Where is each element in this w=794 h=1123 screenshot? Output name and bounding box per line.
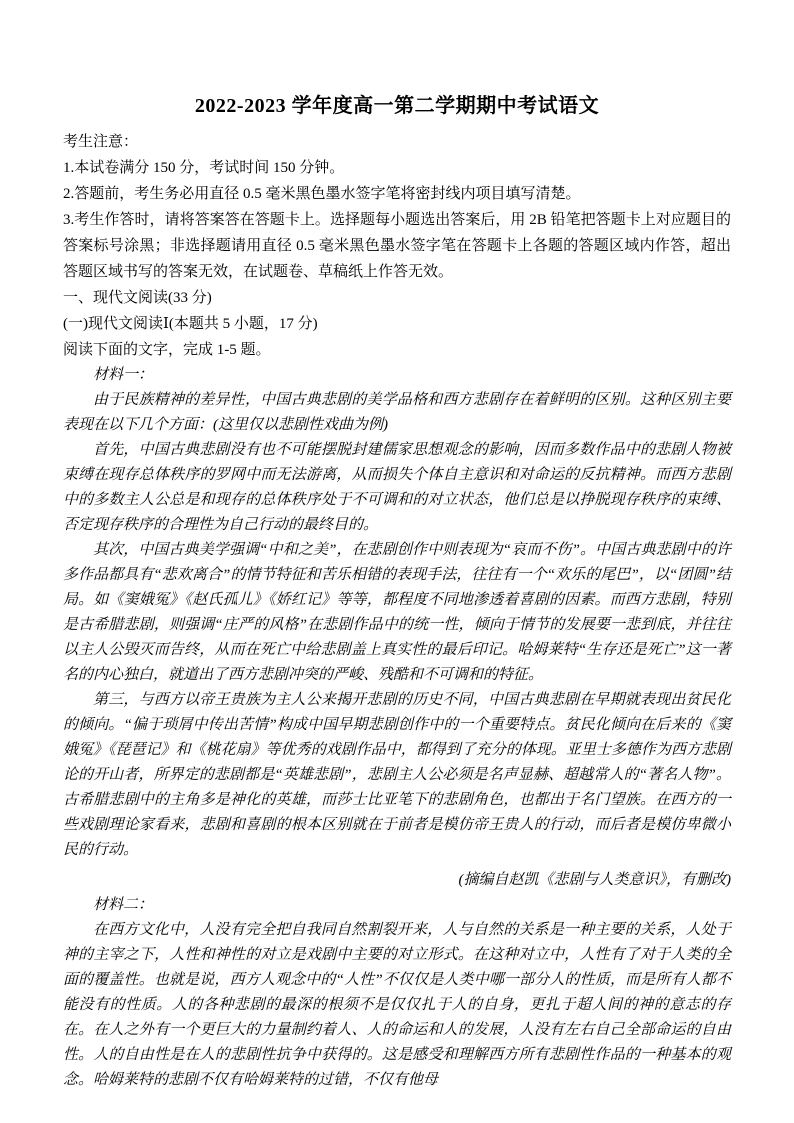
material-one-attribution: (摘编自赵凯《悲剧与人类意识》，有删改) — [63, 868, 731, 893]
material-two-passage: 材料二： 在西方文化中，人没有完全把自我同自然割裂开来，人与自然的关系是一种主要… — [63, 893, 731, 1093]
notice-item-3: 3.考生作答时，请将答案答在答题卡上。选择题每小题选出答案后，用 2B 铅笔把答… — [63, 207, 731, 285]
material-one-paragraph-2: 首先，中国古典悲剧没有也不可能摆脱封建儒家思想观念的影响，因而多数作品中的悲剧人… — [63, 438, 731, 538]
notice-section: 考生注意： 1.本试卷满分 150 分，考试时间 150 分钟。 2.答题前，考… — [63, 129, 731, 285]
notice-item-2: 2.答题前，考生务必用直径 0.5 毫米黑色墨水签字笔将密封线内项目填写清楚。 — [63, 181, 731, 207]
notice-item-1: 1.本试卷满分 150 分，考试时间 150 分钟。 — [63, 155, 731, 181]
material-two-paragraph-1: 在西方文化中，人没有完全把自我同自然割裂开来，人与自然的关系是一种主要的关系，人… — [63, 918, 731, 1093]
section-heading: 一、现代文阅读(33 分) — [63, 285, 731, 311]
material-one-passage: 材料一： 由于民族精神的差异性，中国古典悲剧的美学品格和西方悲剧存在着鲜明的区别… — [63, 363, 731, 893]
reading-instruction: 阅读下面的文字，完成 1-5 题。 — [63, 337, 731, 363]
material-one-paragraph-3: 其次，中国古典美学强调“中和之美”，在悲剧创作中则表现为“哀而不伤”。中国古典悲… — [63, 538, 731, 688]
exam-page: 2022-2023 学年度高一第二学期期中考试语文 考生注意： 1.本试卷满分 … — [0, 0, 794, 1123]
section-subheading: (一)现代文阅读Ⅰ(本题共 5 小题，17 分) — [63, 311, 731, 337]
material-one-paragraph-1: 由于民族精神的差异性，中国古典悲剧的美学品格和西方悲剧存在着鲜明的区别。这种区别… — [63, 388, 731, 438]
material-one-paragraph-4: 第三，与西方以帝王贵族为主人公来揭开悲剧的历史不同，中国古典悲剧在早期就表现出贫… — [63, 688, 731, 863]
exam-title: 2022-2023 学年度高一第二学期期中考试语文 — [63, 92, 731, 120]
section-one-header: 一、现代文阅读(33 分) (一)现代文阅读Ⅰ(本题共 5 小题，17 分) 阅… — [63, 285, 731, 363]
material-one-label: 材料一： — [63, 363, 731, 388]
material-two-label: 材料二： — [63, 893, 731, 918]
notice-heading: 考生注意： — [63, 129, 731, 155]
